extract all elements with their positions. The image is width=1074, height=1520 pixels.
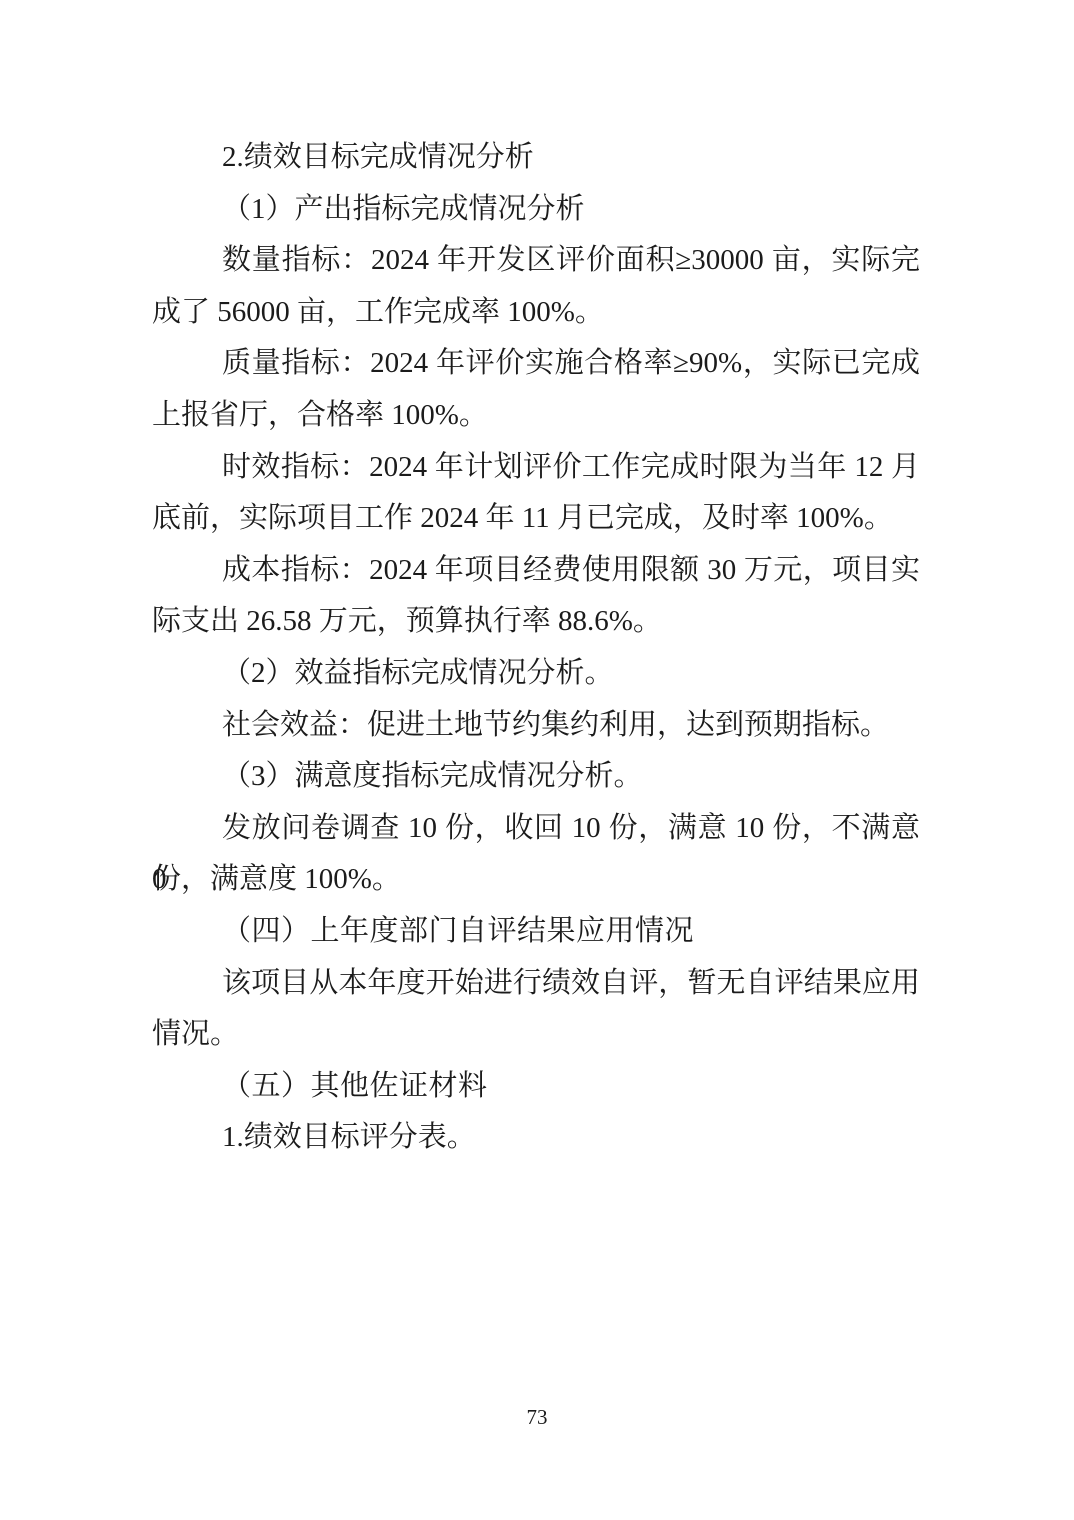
para-attachment-scoring-table: 1.绩效目标评分表。 <box>152 1112 920 1164</box>
para-quality-indicator-line-1: 质量指标：2024 年评价实施合格率≥90%，实际已完成 <box>152 338 920 390</box>
section-heading-other-supporting-materials: （五）其他佐证材料 <box>152 1061 920 1113</box>
para-timeliness-indicator-line-1: 时效指标：2024 年计划评价工作完成时限为当年 12 月 <box>152 442 920 494</box>
subheading-satisfaction-indicator-analysis: （3）满意度指标完成情况分析。 <box>152 751 920 803</box>
para-quantity-indicator-line-1: 数量指标：2024 年开发区评价面积≥30000 亩，实际完 <box>152 235 920 287</box>
document-body: 2.绩效目标完成情况分析 （1）产出指标完成情况分析 数量指标：2024 年开发… <box>152 132 920 1164</box>
para-self-evaluation-line-2: 情况。 <box>152 1009 920 1061</box>
para-timeliness-indicator-line-2: 底前，实际项目工作 2024 年 11 月已完成，及时率 100%。 <box>152 493 920 545</box>
para-social-benefit: 社会效益：促进土地节约集约利用，达到预期指标。 <box>152 700 920 752</box>
para-cost-indicator-line-2: 际支出 26.58 万元，预算执行率 88.6%。 <box>152 596 920 648</box>
para-satisfaction-survey-line-1: 发放问卷调查 10 份，收回 10 份，满意 10 份，不满意 0 <box>152 803 920 855</box>
para-self-evaluation-line-1: 该项目从本年度开始进行绩效自评，暂无自评结果应用 <box>152 958 920 1010</box>
para-cost-indicator-line-1: 成本指标：2024 年项目经费使用限额 30 万元，项目实 <box>152 545 920 597</box>
subheading-output-indicator-analysis: （1）产出指标完成情况分析 <box>152 184 920 236</box>
subheading-benefit-indicator-analysis: （2）效益指标完成情况分析。 <box>152 648 920 700</box>
document-page: 2.绩效目标完成情况分析 （1）产出指标完成情况分析 数量指标：2024 年开发… <box>0 0 1074 1520</box>
section-heading-prior-year-self-evaluation: （四）上年度部门自评结果应用情况 <box>152 906 920 958</box>
para-quantity-indicator-line-2: 成了 56000 亩，工作完成率 100%。 <box>152 287 920 339</box>
page-number: 73 <box>0 1402 1074 1432</box>
para-satisfaction-survey-line-2: 份，满意度 100%。 <box>152 854 920 906</box>
section-heading-performance-goal-analysis: 2.绩效目标完成情况分析 <box>152 132 920 184</box>
para-quality-indicator-line-2: 上报省厅，合格率 100%。 <box>152 390 920 442</box>
